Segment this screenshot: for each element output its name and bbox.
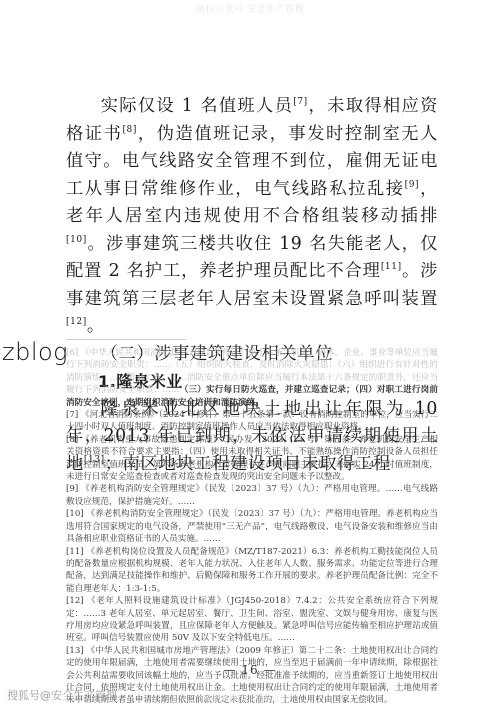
footnote-ref-10[interactable]: [10] xyxy=(66,235,87,245)
footnote-ref-9[interactable]: [9] xyxy=(405,180,420,190)
footnote-8: [8] 《养老机构重大事故隐患判定标准》（民办发〔2023〕13 号）第五条：养… xyxy=(66,434,438,484)
watermark-top: 微信公众号:安全生产管理 xyxy=(0,2,500,15)
footnote-ref-12[interactable]: [12] xyxy=(66,317,87,327)
footnote-11: [11] 《养老机构岗位设置及人员配备规范》（MZ/T187-2021）6.3：… xyxy=(66,546,438,596)
page-number: — 16 — xyxy=(0,663,500,677)
footnote-10: [10] 《养老机构消防安全管理规定》（民发〔2023〕37 号）（九）：严格用… xyxy=(66,508,438,545)
footnote-7: [7] 《河北省消防条例》（2024 年修订）第二十五条第一款：设有消防控制室的… xyxy=(66,409,438,434)
text-run: 。涉事建筑三楼共收住 19 名失能老人，仅配置 2 名护工，养老护理员配比不合理 xyxy=(66,234,438,282)
text-run: 。 xyxy=(87,316,105,336)
watermark-bottom-center: 知识星球:安全精品资料库 xyxy=(0,692,500,703)
footnote-6: [6] 《中华人民共和国消防法》（2021 年修正）第十六条：机关、团体、企业、… xyxy=(66,347,438,409)
footnote-ref-8[interactable]: [8] xyxy=(122,125,137,135)
footnote-divider xyxy=(66,339,186,340)
zblog-watermark-logo: zblog xyxy=(2,338,68,366)
paragraph-facility-management: 实际仅设 1 名值班人员[7]，未取得相应资格证书[8]，伪造值班记录，事发时控… xyxy=(66,93,438,341)
footnotes: [6] 《中华人民共和国消防法》（2021 年修正）第十六条：机关、团体、企业、… xyxy=(66,347,438,707)
footnote-9: [9] 《养老机构消防安全管理规定》（民发〔2023〕37 号）（九）：严格用电… xyxy=(66,483,438,508)
footnote-ref-7[interactable]: [7] xyxy=(293,97,308,107)
footnote-12: [12] 《老年人照料设施建筑设计标准》（JGJ450-2018）7.4.2：公… xyxy=(66,595,438,645)
footnote-ref-11[interactable]: [11] xyxy=(381,262,402,272)
text-run: 实际仅设 1 名值班人员 xyxy=(101,96,294,116)
